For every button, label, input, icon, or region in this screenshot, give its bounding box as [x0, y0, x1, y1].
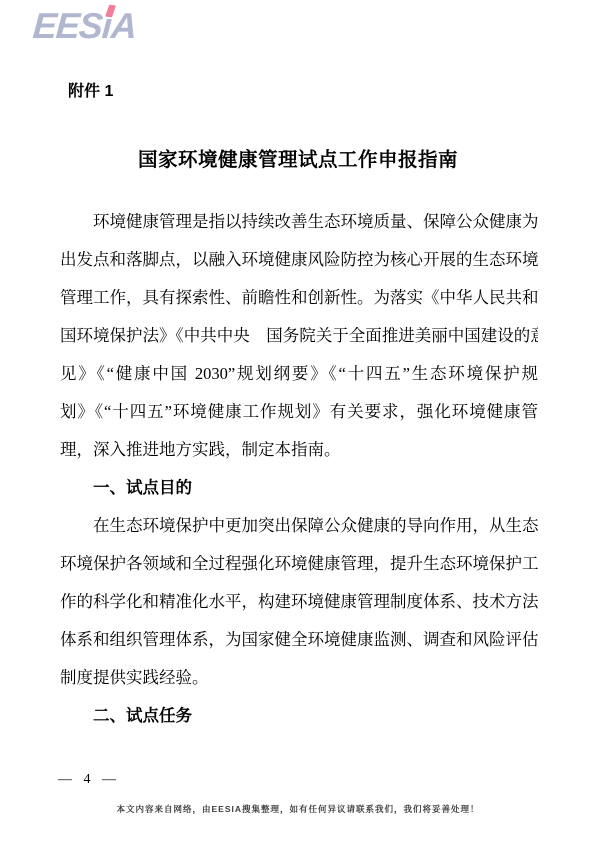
body-text-line: 划》《“十四五”环境健康工作规划》有关要求，强化环境健康管 — [60, 393, 538, 431]
document-page: EESiA 附件 1 国家环境健康管理试点工作申报指南 环境健康管理是指以持续改… — [0, 0, 596, 842]
section-heading: 一、试点目的 — [60, 469, 538, 507]
body-text-line: 作的科学化和精准化水平，构建环境健康管理制度体系、技术方法 — [60, 583, 538, 621]
eesia-logo: EESiA — [31, 4, 137, 48]
attachment-label: 附件 1 — [68, 78, 113, 101]
body-text-line: 在生态环境保护中更加突出保障公众健康的导向作用，从生态 — [60, 507, 538, 545]
body-text-line: 出发点和落脚点，以融入环境健康风险防控为核心开展的生态环境 — [60, 241, 538, 279]
document-body: 环境健康管理是指以持续改善生态环境质量、保障公众健康为出发点和落脚点，以融入环境… — [60, 203, 538, 735]
body-text-line: 国环境保护法》《中共中央 国务院关于全面推进美丽中国建设的意 — [60, 317, 538, 355]
footer-disclaimer: 本文内容来自网络，由EESIA搜集整理，如有任何异议请联系我们，我们将妥善处理！ — [0, 803, 596, 815]
body-text-line: 环境健康管理是指以持续改善生态环境质量、保障公众健康为 — [60, 203, 538, 241]
page-number: — 4 — — [58, 772, 120, 788]
logo-text-ees: EES — [32, 5, 104, 46]
document-title: 国家环境健康管理试点工作申报指南 — [0, 144, 596, 172]
body-text-line: 见》《“健康中国 2030”规划纲要》《“十四五”生态环境保护规 — [60, 355, 538, 393]
body-text-line: 体系和组织管理体系，为国家健全环境健康监测、调查和风险评估 — [60, 621, 538, 659]
body-text-line: 制度提供实践经验。 — [60, 659, 538, 697]
section-heading: 二、试点任务 — [60, 697, 538, 735]
body-text-line: 管理工作，具有探索性、前瞻性和创新性。为落实《中华人民共和 — [60, 279, 538, 317]
body-text-line: 环境保护各领域和全过程强化环境健康管理，提升生态环境保护工 — [60, 545, 538, 583]
body-text-line: 理，深入推进地方实践，制定本指南。 — [60, 431, 538, 469]
